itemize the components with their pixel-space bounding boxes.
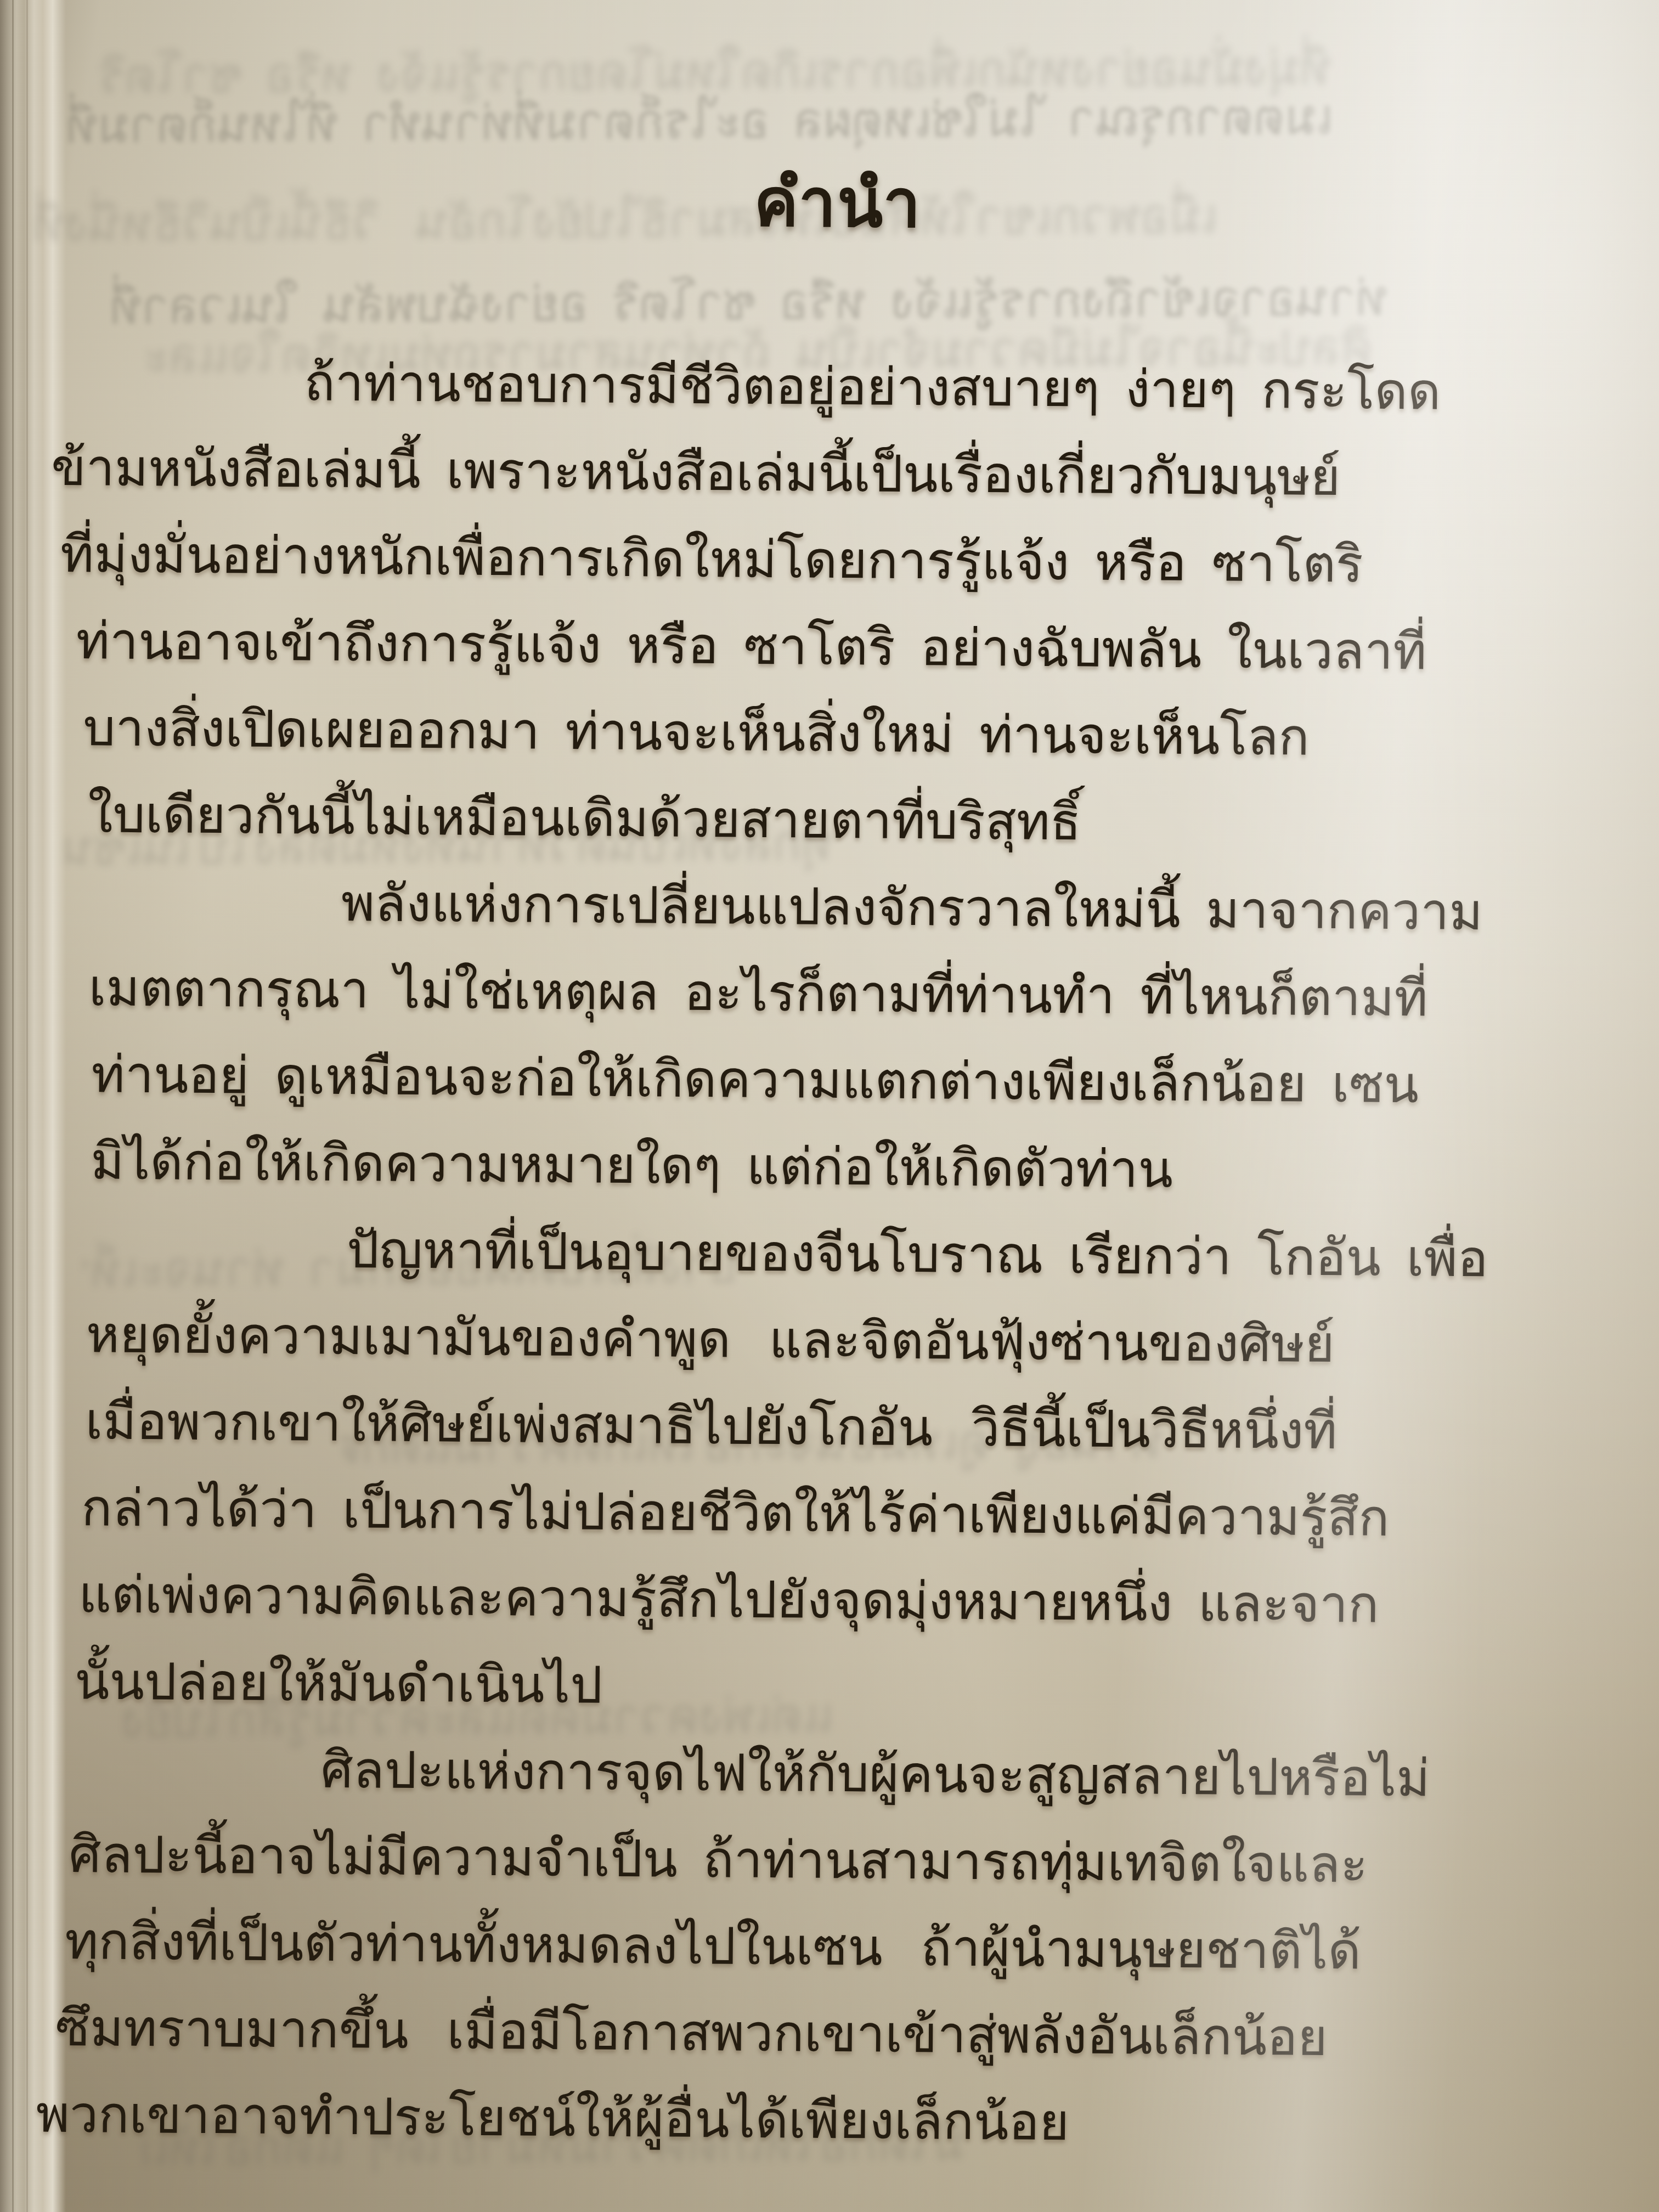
text-line: ท่านอาจเข้าถึงการรู้แจ้ง หรือ ซาโตริ อย่… (76, 599, 1229, 695)
text-line: ใบเดียวกันนี้ไม่เหมือนเดิมด้วยสายตาที่บร… (88, 772, 1228, 867)
text-line: ทุกสิ่งที่เป็นตัวท่านทั้งหมดลงไปในเซน ถ้… (65, 1899, 1220, 1995)
text-line: ถ้าท่านชอบการมีชีวิตอยู่อย่างสบายๆ ง่ายๆ… (304, 340, 1232, 434)
text-line: บางสิ่งเปิดเผยออกมา ท่านจะเห็นสิ่งใหม่ ท… (83, 685, 1229, 781)
text-line: พลังแห่งการเปลี่ยนแปลงจักรวาลใหม่นี้ มาจ… (341, 861, 1227, 955)
preface-text: ถ้าท่านชอบการมีชีวิตอยู่อย่างสบายๆ ง่ายๆ… (32, 338, 1232, 2168)
text-line: แต่เพ่งความคิดและความรู้สึกไปยังจุดมุ่งห… (78, 1552, 1222, 1647)
text-line: ท่านอยู่ ดูเหมือนจะก่อให้เกิดความแตกต่าง… (91, 1032, 1226, 1127)
page-title: คำนำ (47, 143, 1628, 262)
text-line: ข้ามหนังสือเล่มนี้ เพราะหนังสือเล่มนี้เป… (51, 425, 1231, 521)
text-line: เมตตากรุณา ไม่ใช่เหตุผล อะไรก็ตามที่ท่าน… (88, 945, 1227, 1041)
text-line: พวกเขาอาจทำประโยชน์ให้ผู้อื่นได้เพียงเล็… (36, 2072, 1218, 2168)
page-edge-line (12, 0, 14, 2212)
text-line: กล่าวได้ว่า เป็นการไม่ปล่อยชีวิตให้ไร้ค่… (81, 1465, 1223, 1561)
text-line: ศิลปะแห่งการจุดไฟให้กับผู้คนจะสูญสลายไปห… (320, 1728, 1221, 1821)
text-line: หยุดยั้งความเมามันของคำพูด และจิตอันฟุ้ง… (86, 1292, 1224, 1387)
book-page-photo: ที่มุ่งมั่นอย่างหนักเพื่อการเกิดใหม่โดยก… (0, 0, 1659, 2212)
text-line: ที่มุ่งมั่นอย่างหนักเพื่อการเกิดใหม่โดยก… (60, 512, 1230, 608)
bleed-through-line: ท่านอาจเข้าถึงการรู้แจ้ง หรือ ซาโตริ อย่… (110, 259, 1388, 345)
bleed-through-line: ที่มุ่งมั่นอย่างหนักเพื่อการเกิดใหม่โดยก… (99, 29, 1332, 114)
text-line: มิได้ก่อให้เกิดความหมายใดๆ แต่ก่อให้เกิด… (91, 1119, 1226, 1214)
text-line: ศิลปะนี้อาจไม่มีความจำเป็น ถ้าท่านสามารถ… (69, 1812, 1220, 1908)
page-content: คำนำ ถ้าท่านชอบการมีชีวิตอยู่อย่างสบายๆ … (49, 0, 1629, 6)
text-line: ซึมทราบมากขึ้น เมื่อมีโอกาสพวกเขาเข้าสู่… (55, 1985, 1218, 2081)
page-edge-line (26, 0, 28, 2212)
text-line: นั้นปล่อยให้มันดำเนินไป (74, 1639, 1221, 1734)
text-line: เมื่อพวกเขาให้ศิษย์เพ่งสมาธิไปยังโกอัน ว… (85, 1379, 1223, 1474)
text-line: ปัญหาที่เป็นอุบายของจีนโบราณ เรียกว่า โก… (346, 1207, 1224, 1301)
